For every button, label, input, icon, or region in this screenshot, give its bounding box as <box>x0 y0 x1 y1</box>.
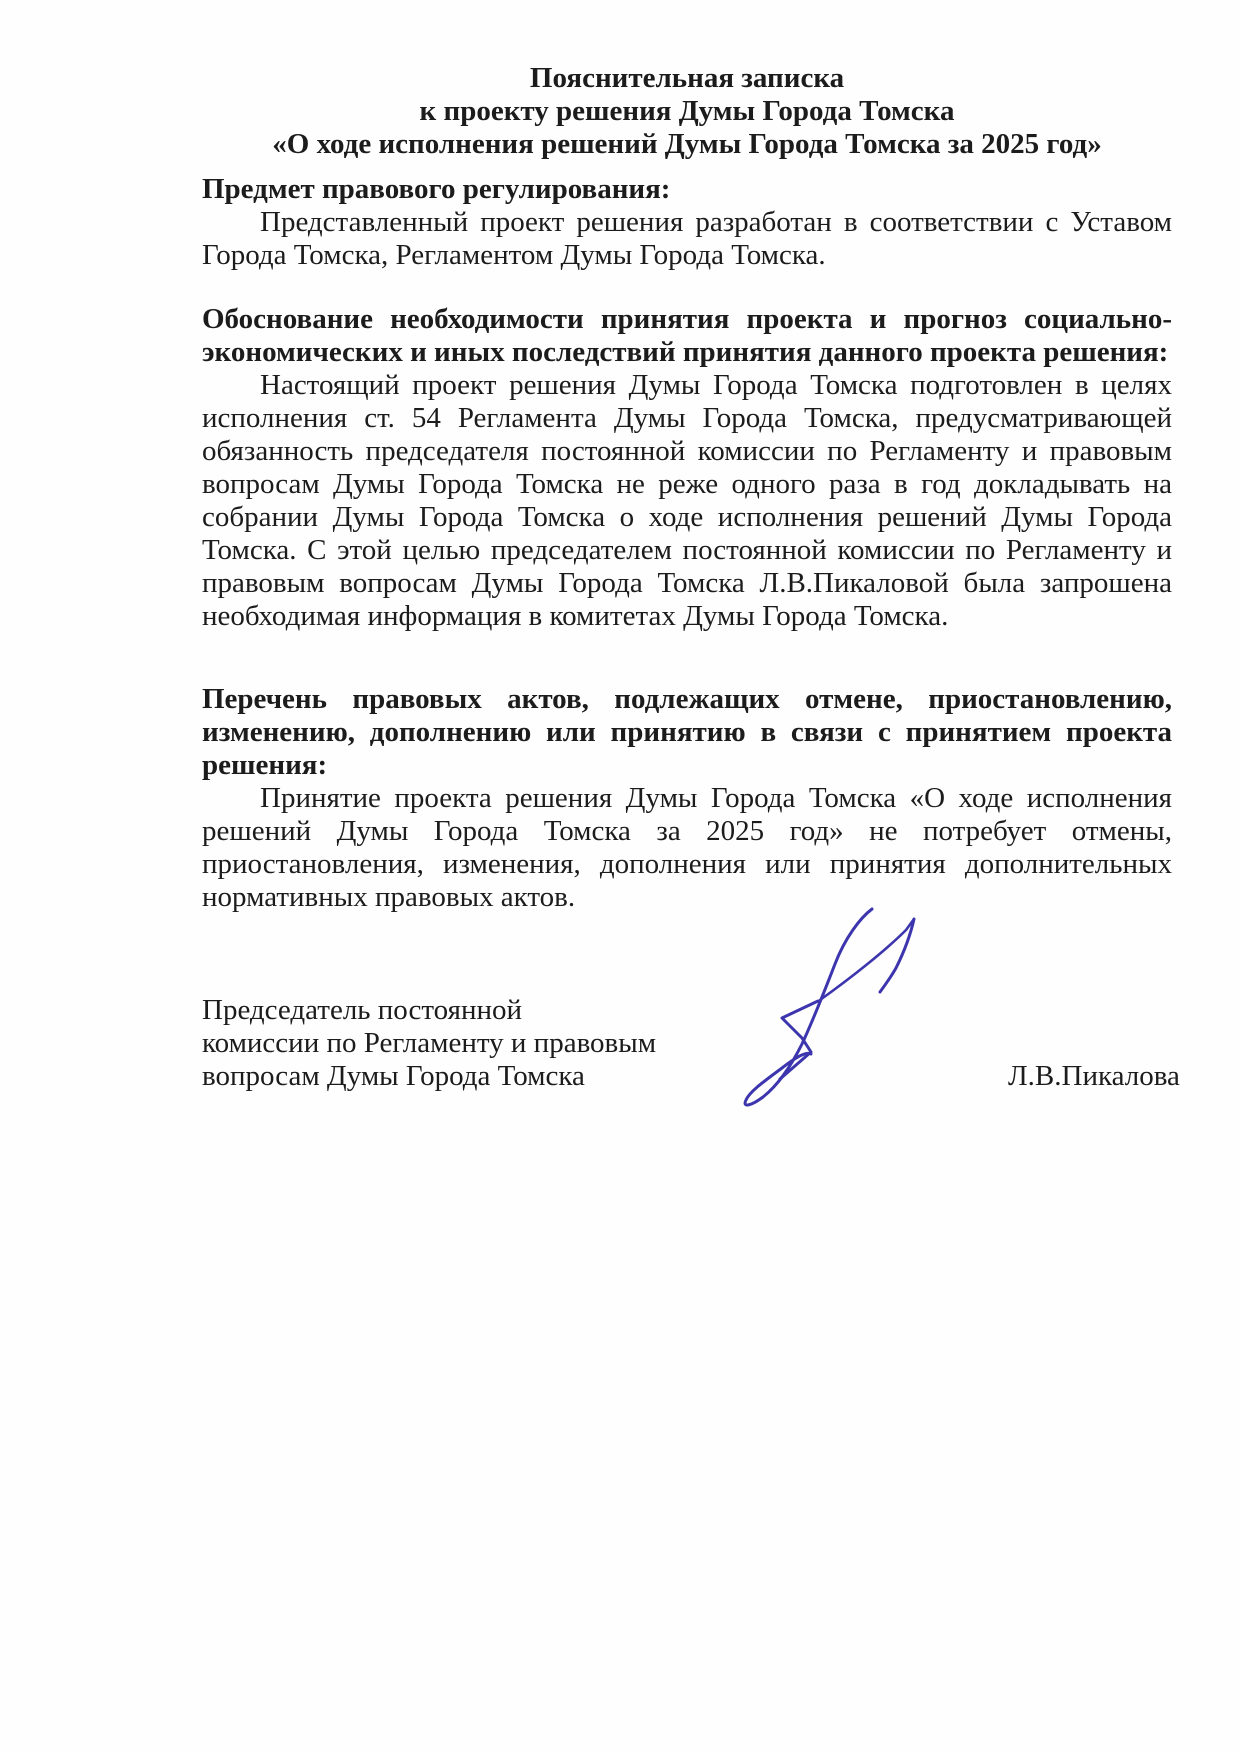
signature-ink <box>738 888 933 1118</box>
section-paragraph-subject: Представленный проект решения разработан… <box>202 206 1172 272</box>
section-heading-subject: Предмет правового регулирования: <box>202 173 1172 206</box>
signer-position-line-2: комиссии по Регламенту и правовым <box>202 1027 1172 1060</box>
title-line-3: «О ходе исполнения решений Думы Города Т… <box>202 128 1172 161</box>
section-paragraph-justification: Настоящий проект решения Думы Города Том… <box>202 369 1172 633</box>
document-content: Пояснительная записка к проекту решения … <box>202 62 1172 1114</box>
section-heading-justification: Обоснование необходимости принятия проек… <box>202 303 1172 369</box>
signature-block: Председатель постоянной комиссии по Регл… <box>202 994 1172 1114</box>
signer-position-line-1: Председатель постоянной <box>202 994 1172 1027</box>
document-page: Пояснительная записка к проекту решения … <box>0 0 1240 1753</box>
section-heading-acts-list: Перечень правовых актов, подлежащих отме… <box>202 683 1172 782</box>
document-title: Пояснительная записка к проекту решения … <box>202 62 1172 161</box>
signer-name: Л.В.Пикалова <box>1008 1060 1180 1093</box>
title-line-1: Пояснительная записка <box>202 62 1172 95</box>
title-line-2: к проекту решения Думы Города Томска <box>202 95 1172 128</box>
section-paragraph-acts-list: Принятие проекта решения Думы Города Том… <box>202 782 1172 914</box>
